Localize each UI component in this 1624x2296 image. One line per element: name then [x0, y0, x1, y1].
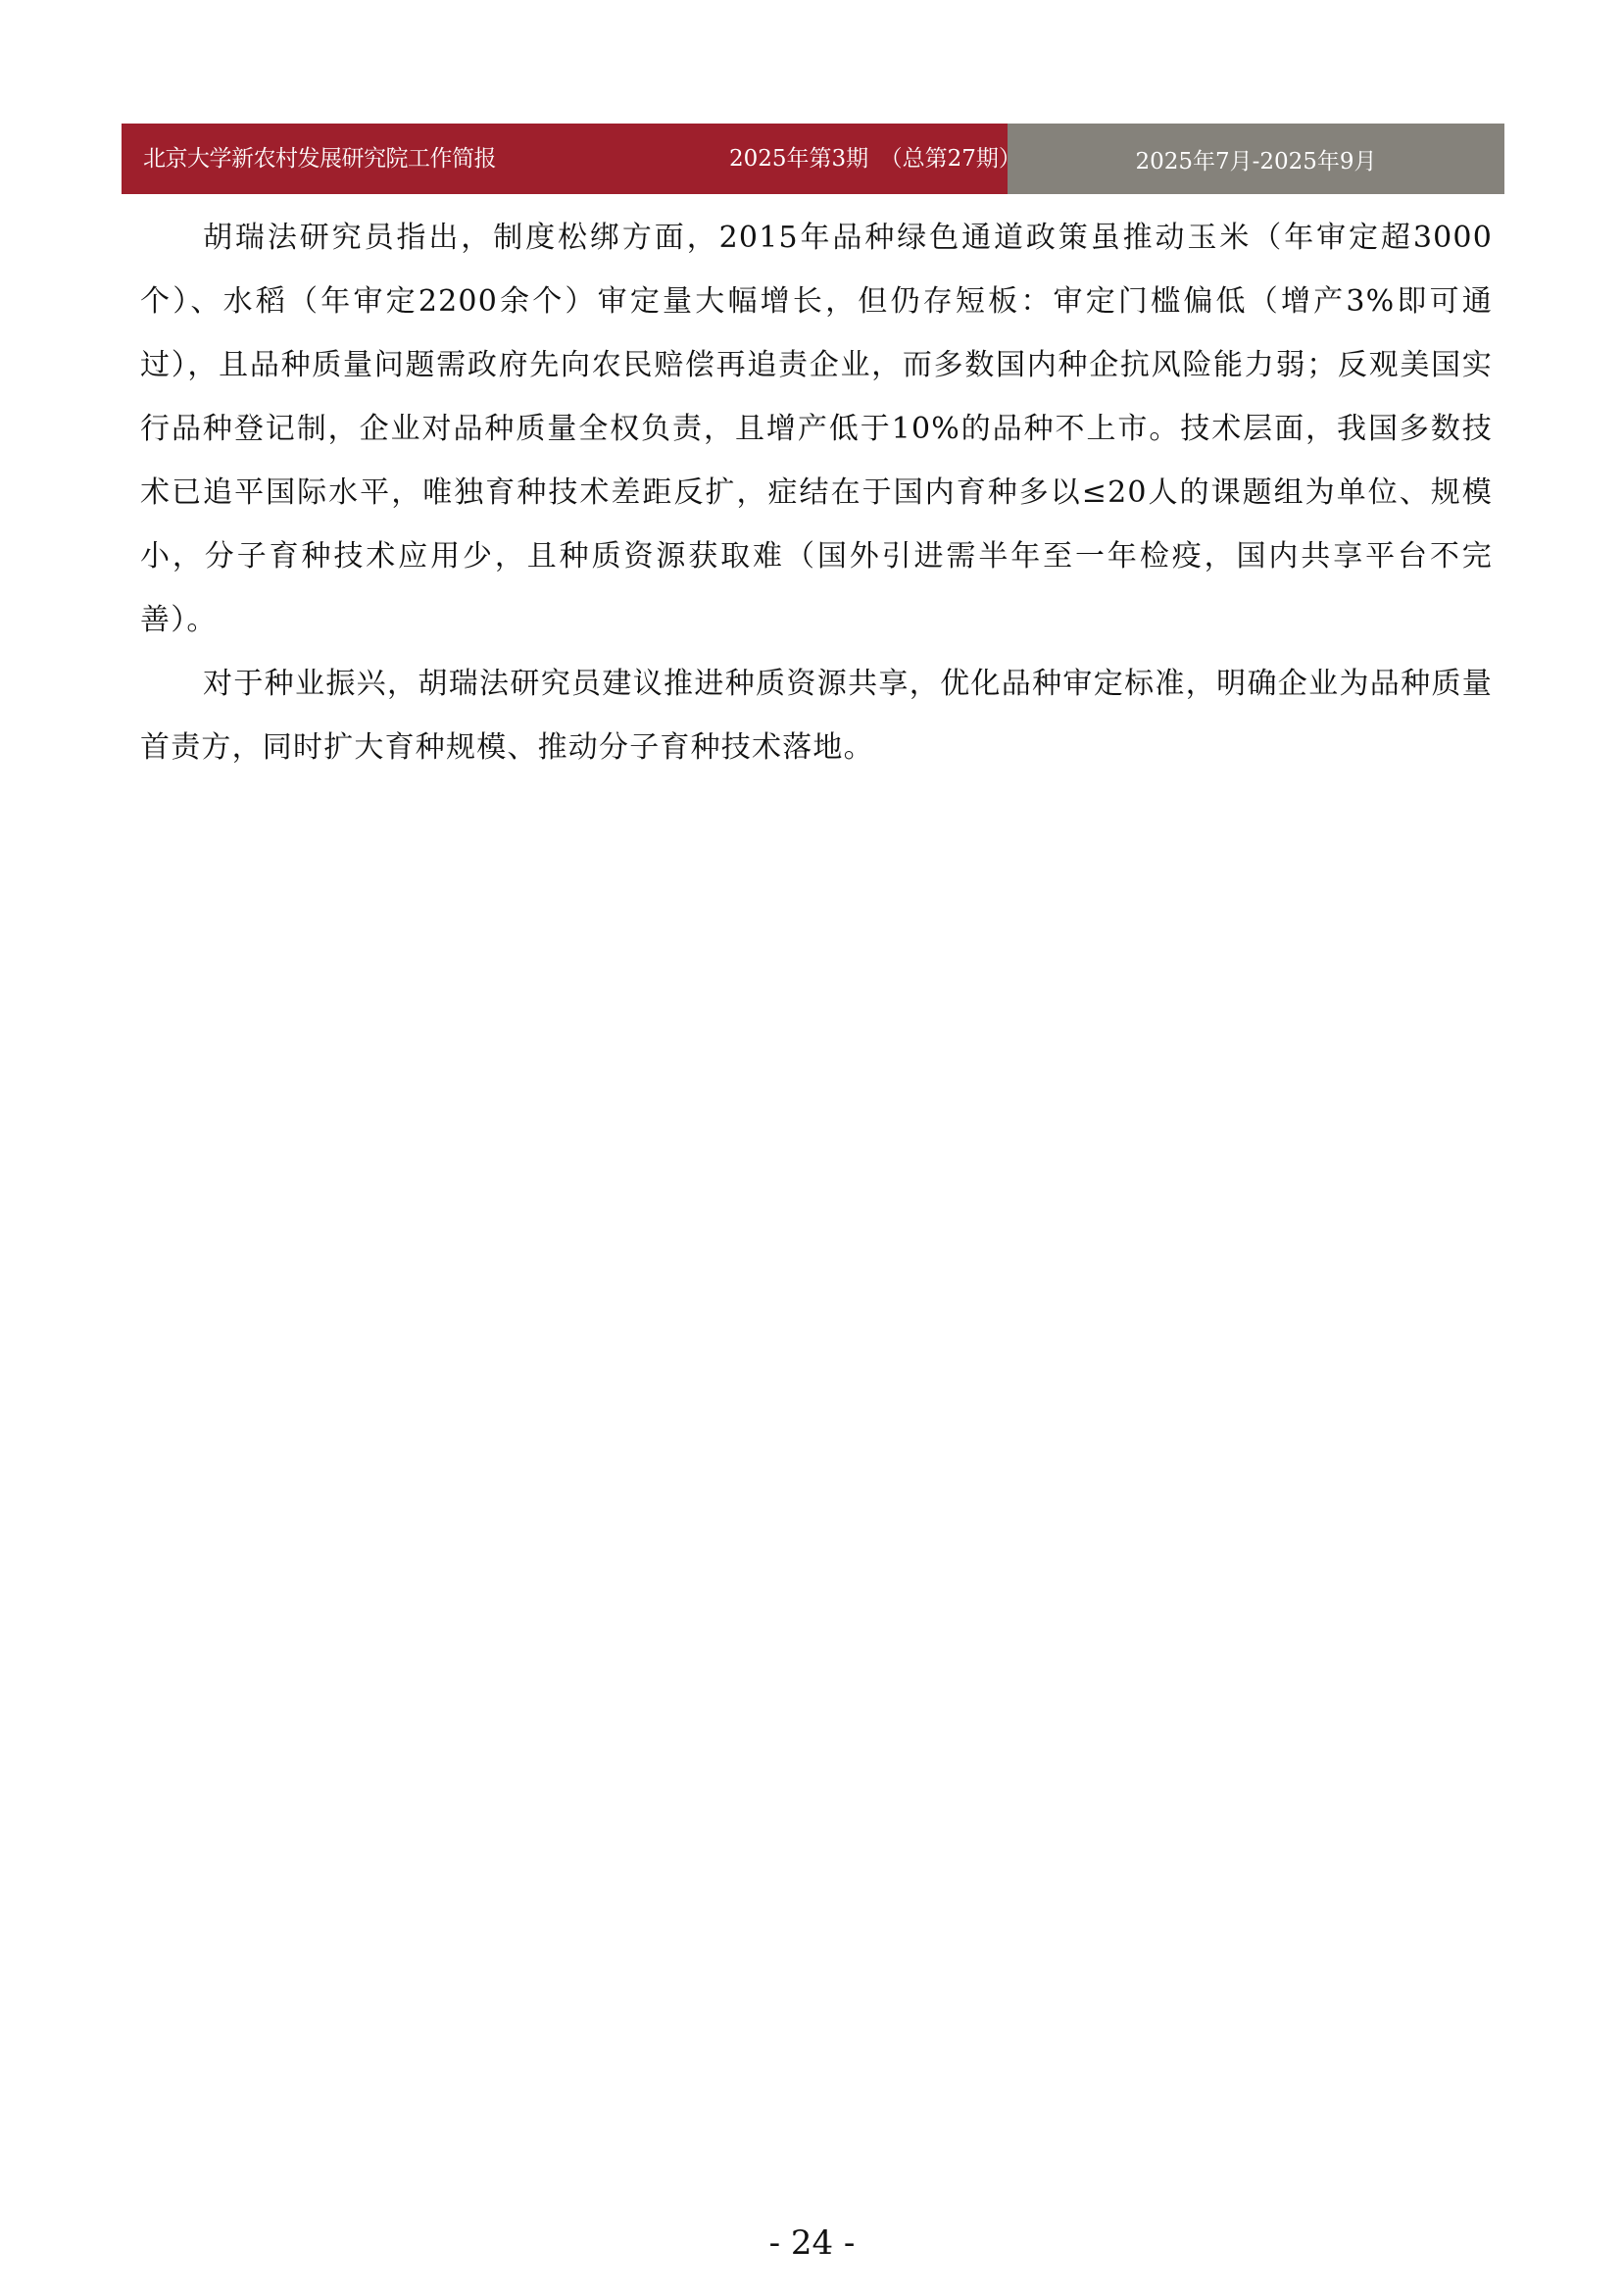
issue-period: 2025年7月-2025年9月 [1135, 143, 1376, 175]
page-header: 北京大学新农村发展研究院工作简报 2025年第3期 （总第27期） 2025年7… [122, 124, 1504, 194]
page-number: - 24 - [0, 2223, 1624, 2263]
publication-title: 北京大学新农村发展研究院工作简报 [143, 124, 496, 194]
document-body: 胡瑞法研究员指出，制度松绑方面，2015年品种绿色通道政策虽推动玉米（年审定超3… [140, 206, 1493, 779]
paragraph: 胡瑞法研究员指出，制度松绑方面，2015年品种绿色通道政策虽推动玉米（年审定超3… [140, 206, 1493, 652]
paragraph: 对于种业振兴，胡瑞法研究员建议推进种质资源共享，优化品种审定标准，明确企业为品种… [140, 652, 1493, 779]
header-title-band: 北京大学新农村发展研究院工作简报 2025年第3期 （总第27期） [122, 124, 1008, 194]
header-period-band: 2025年7月-2025年9月 [1008, 124, 1504, 194]
issue-number: 2025年第3期 （总第27期） [729, 124, 1021, 194]
